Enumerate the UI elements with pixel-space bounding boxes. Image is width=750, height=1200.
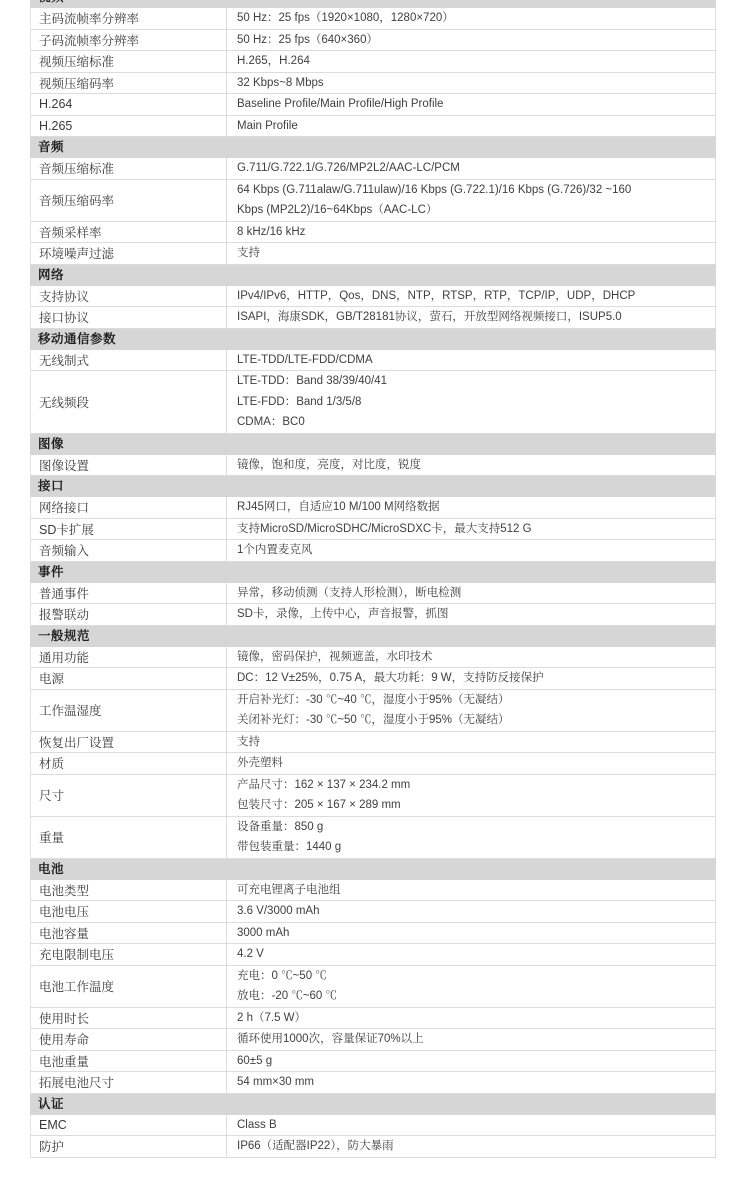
- spec-label: 电源: [31, 668, 227, 689]
- section-header-events: 事件: [30, 562, 716, 583]
- spec-value-line: 32 Kbps~8 Mbps: [237, 73, 707, 94]
- spec-value-line: 包装尺寸：205 × 167 × 289 mm: [237, 795, 707, 816]
- spec-value: 50 Hz：25 fps（640×360）: [227, 30, 715, 51]
- spec-label: 音频采样率: [31, 222, 227, 243]
- spec-value-line: 支持MicroSD/MicroSDHC/MicroSDXC卡，最大支持512 G: [237, 519, 707, 540]
- spec-label: 充电限制电压: [31, 944, 227, 965]
- spec-label: 电池容量: [31, 923, 227, 944]
- spec-value: 60±5 g: [227, 1051, 715, 1072]
- section-header-interface: 接口: [30, 476, 716, 497]
- spec-label: 电池电压: [31, 901, 227, 922]
- spec-value-line: 4.2 V: [237, 944, 707, 965]
- spec-value: ISAPI，海康SDK，GB/T28181协议，萤石，开放型网络视频接口，ISU…: [227, 307, 715, 328]
- section-title: 移动通信参数: [30, 329, 716, 350]
- spec-value-line: 充电：0 ℃~50 ℃: [237, 966, 707, 987]
- table-row: 电池类型可充电锂离子电池组: [31, 880, 715, 902]
- section-header-audio: 音频: [30, 137, 716, 158]
- section-title: 一般规范: [30, 626, 716, 647]
- section-title: 图像: [30, 434, 716, 455]
- section-title: 接口: [30, 476, 716, 497]
- spec-label: 音频压缩码率: [31, 180, 227, 221]
- table-row: 环境噪声过滤支持: [31, 243, 715, 265]
- table-row: 音频压缩标准G.711/G.722.1/G.726/MP2L2/AAC-LC/P…: [31, 158, 715, 180]
- spec-label: 材质: [31, 753, 227, 774]
- spec-value: 3000 mAh: [227, 923, 715, 944]
- spec-label: 音频压缩标准: [31, 158, 227, 179]
- spec-value: 支持: [227, 243, 715, 264]
- spec-value-line: 可充电锂离子电池组: [237, 880, 707, 901]
- spec-label: 使用寿命: [31, 1029, 227, 1050]
- spec-label: 重量: [31, 817, 227, 858]
- spec-value: 支持: [227, 732, 715, 753]
- spec-label: 尺寸: [31, 775, 227, 816]
- table-row: 通用功能镜像，密码保护，视频遮盖，水印技术: [31, 647, 715, 669]
- spec-value: H.265，H.264: [227, 51, 715, 72]
- spec-value: 54 mm×30 mm: [227, 1072, 715, 1093]
- table-row: SD卡扩展支持MicroSD/MicroSDHC/MicroSDXC卡，最大支持…: [31, 519, 715, 541]
- section-title: 认证: [30, 1094, 716, 1115]
- spec-value-line: 支持: [237, 243, 707, 264]
- spec-label: 电池类型: [31, 880, 227, 901]
- spec-value-line: 50 Hz：25 fps（640×360）: [237, 30, 707, 51]
- spec-label: 使用时长: [31, 1008, 227, 1029]
- spec-value-line: 异常，移动侦测（支持人形检测），断电检测: [237, 583, 707, 604]
- spec-value: IPv4/IPv6，HTTP，Qos，DNS，NTP，RTSP，RTP，TCP/…: [227, 286, 715, 307]
- table-row: 材质外壳塑料: [31, 753, 715, 775]
- spec-value-line: 产品尺寸：162 × 137 × 234.2 mm: [237, 775, 707, 796]
- table-row: 子码流帧率分辨率50 Hz：25 fps（640×360）: [31, 30, 715, 52]
- spec-value-line: 带包装重量：1440 g: [237, 837, 707, 858]
- spec-value-line: 54 mm×30 mm: [237, 1072, 707, 1093]
- spec-label: 工作温湿度: [31, 690, 227, 731]
- table-row: 重量设备重量：850 g带包装重量：1440 g: [31, 817, 715, 859]
- spec-label: 报警联动: [31, 604, 227, 625]
- table-row: 网络接口RJ45网口，自适应10 M/100 M网络数据: [31, 497, 715, 519]
- spec-value: 32 Kbps~8 Mbps: [227, 73, 715, 94]
- section-title: 事件: [30, 562, 716, 583]
- spec-value: G.711/G.722.1/G.726/MP2L2/AAC-LC/PCM: [227, 158, 715, 179]
- spec-value-line: LTE-TDD：Band 38/39/40/41: [237, 371, 707, 392]
- spec-label: 子码流帧率分辨率: [31, 30, 227, 51]
- spec-label: 视频压缩标准: [31, 51, 227, 72]
- spec-table: 视频主码流帧率分辨率50 Hz：25 fps（1920×1080，1280×72…: [30, 0, 716, 1158]
- spec-value-line: SD卡，录像，上传中心，声音报警，抓图: [237, 604, 707, 625]
- spec-value-line: 关闭补光灯：-30 ℃~50 ℃，湿度小于95%（无凝结）: [237, 710, 707, 731]
- spec-label: SD卡扩展: [31, 519, 227, 540]
- spec-label: 图像设置: [31, 455, 227, 476]
- table-row: 电池电压3.6 V/3000 mAh: [31, 901, 715, 923]
- section-title: 电池: [30, 859, 716, 880]
- spec-value: 64 Kbps (G.711alaw/G.711ulaw)/16 Kbps (G…: [227, 180, 715, 221]
- table-row: 使用寿命循环使用1000次，容量保证70%以上: [31, 1029, 715, 1051]
- spec-label: 支持协议: [31, 286, 227, 307]
- spec-value: RJ45网口，自适应10 M/100 M网络数据: [227, 497, 715, 518]
- spec-value: Baseline Profile/Main Profile/High Profi…: [227, 94, 715, 115]
- table-row: 普通事件异常，移动侦测（支持人形检测），断电检测: [31, 583, 715, 605]
- spec-value: 1个内置麦克风: [227, 540, 715, 561]
- spec-value: 镜像，密码保护，视频遮盖，水印技术: [227, 647, 715, 668]
- spec-value: 产品尺寸：162 × 137 × 234.2 mm包装尺寸：205 × 167 …: [227, 775, 715, 816]
- section-header-battery: 电池: [30, 859, 716, 880]
- spec-value: SD卡，录像，上传中心，声音报警，抓图: [227, 604, 715, 625]
- spec-value: 2 h（7.5 W）: [227, 1008, 715, 1029]
- spec-value-line: 60±5 g: [237, 1051, 707, 1072]
- spec-value-line: 循环使用1000次，容量保证70%以上: [237, 1029, 707, 1050]
- spec-value-line: Class B: [237, 1115, 707, 1136]
- spec-value-line: 放电：-20 ℃~60 ℃: [237, 986, 707, 1007]
- spec-value: 4.2 V: [227, 944, 715, 965]
- spec-label: 恢复出厂设置: [31, 732, 227, 753]
- spec-value-line: 50 Hz：25 fps（1920×1080，1280×720）: [237, 8, 707, 29]
- table-row: 主码流帧率分辨率50 Hz：25 fps（1920×1080，1280×720）: [31, 8, 715, 30]
- spec-label: 环境噪声过滤: [31, 243, 227, 264]
- table-row: 无线制式LTE-TDD/LTE-FDD/CDMA: [31, 350, 715, 372]
- table-row: 图像设置镜像，饱和度，亮度，对比度，锐度: [31, 455, 715, 477]
- spec-label: 无线制式: [31, 350, 227, 371]
- spec-value: 支持MicroSD/MicroSDHC/MicroSDXC卡，最大支持512 G: [227, 519, 715, 540]
- table-row: H.265Main Profile: [31, 116, 715, 138]
- spec-value: 可充电锂离子电池组: [227, 880, 715, 901]
- table-row: 音频输入1个内置麦克风: [31, 540, 715, 562]
- table-row: 电池工作温度充电：0 ℃~50 ℃放电：-20 ℃~60 ℃: [31, 966, 715, 1008]
- spec-value: 3.6 V/3000 mAh: [227, 901, 715, 922]
- section-title: 视频: [30, 0, 716, 8]
- spec-value: IP66（适配器IP22），防大暴雨: [227, 1136, 715, 1157]
- spec-value-line: CDMA：BC0: [237, 412, 707, 433]
- spec-label: 接口协议: [31, 307, 227, 328]
- spec-value: 异常，移动侦测（支持人形检测），断电检测: [227, 583, 715, 604]
- spec-value: LTE-TDD：Band 38/39/40/41LTE-FDD：Band 1/3…: [227, 371, 715, 433]
- table-row: 无线频段LTE-TDD：Band 38/39/40/41LTE-FDD：Band…: [31, 371, 715, 434]
- table-row: H.264Baseline Profile/Main Profile/High …: [31, 94, 715, 116]
- section-title: 网络: [30, 265, 716, 286]
- section-header-image: 图像: [30, 434, 716, 455]
- section-header-general-spec: 一般规范: [30, 626, 716, 647]
- table-row: 尺寸产品尺寸：162 × 137 × 234.2 mm包装尺寸：205 × 16…: [31, 775, 715, 817]
- section-header-mobile-communication: 移动通信参数: [30, 329, 716, 350]
- table-row: 恢复出厂设置支持: [31, 732, 715, 754]
- spec-value-line: 1个内置麦克风: [237, 540, 707, 561]
- table-row: 接口协议ISAPI，海康SDK，GB/T28181协议，萤石，开放型网络视频接口…: [31, 307, 715, 329]
- spec-value-line: ISAPI，海康SDK，GB/T28181协议，萤石，开放型网络视频接口，ISU…: [237, 307, 707, 328]
- table-row: 音频压缩码率64 Kbps (G.711alaw/G.711ulaw)/16 K…: [31, 180, 715, 222]
- table-row: 电池容量3000 mAh: [31, 923, 715, 945]
- section-header-certification: 认证: [30, 1094, 716, 1115]
- spec-label: 防护: [31, 1136, 227, 1157]
- spec-label: H.264: [31, 94, 227, 115]
- spec-value-line: 镜像，密码保护，视频遮盖，水印技术: [237, 647, 707, 668]
- spec-label: 无线频段: [31, 371, 227, 433]
- table-row: 支持协议IPv4/IPv6，HTTP，Qos，DNS，NTP，RTSP，RTP，…: [31, 286, 715, 308]
- spec-value-line: 2 h（7.5 W）: [237, 1008, 707, 1029]
- table-row: 充电限制电压4.2 V: [31, 944, 715, 966]
- spec-label: 拓展电池尺寸: [31, 1072, 227, 1093]
- spec-value-line: G.711/G.722.1/G.726/MP2L2/AAC-LC/PCM: [237, 158, 707, 179]
- spec-label: 主码流帧率分辨率: [31, 8, 227, 29]
- spec-value-line: IPv4/IPv6，HTTP，Qos，DNS，NTP，RTSP，RTP，TCP/…: [237, 286, 707, 307]
- table-row: 工作温湿度开启补光灯：-30 ℃~40 ℃，湿度小于95%（无凝结）关闭补光灯：…: [31, 690, 715, 732]
- spec-value-line: 支持: [237, 732, 707, 753]
- spec-label: 电池重量: [31, 1051, 227, 1072]
- spec-value-line: 3.6 V/3000 mAh: [237, 901, 707, 922]
- spec-label: 视频压缩码率: [31, 73, 227, 94]
- spec-value-line: DC：12 V±25%，0.75 A，最大功耗：9 W，支持防反接保护: [237, 668, 707, 689]
- spec-value: 50 Hz：25 fps（1920×1080，1280×720）: [227, 8, 715, 29]
- spec-value-line: 开启补光灯：-30 ℃~40 ℃，湿度小于95%（无凝结）: [237, 690, 707, 711]
- spec-label: 网络接口: [31, 497, 227, 518]
- table-row: 视频压缩码率32 Kbps~8 Mbps: [31, 73, 715, 95]
- spec-value-line: 64 Kbps (G.711alaw/G.711ulaw)/16 Kbps (G…: [237, 180, 707, 201]
- spec-value: Main Profile: [227, 116, 715, 137]
- spec-label: 通用功能: [31, 647, 227, 668]
- table-row: 防护IP66（适配器IP22），防大暴雨: [31, 1136, 715, 1158]
- table-row: 视频压缩标准H.265，H.264: [31, 51, 715, 73]
- spec-value: 8 kHz/16 kHz: [227, 222, 715, 243]
- spec-label: 电池工作温度: [31, 966, 227, 1007]
- spec-label: 普通事件: [31, 583, 227, 604]
- spec-value-line: H.265，H.264: [237, 51, 707, 72]
- spec-value: 设备重量：850 g带包装重量：1440 g: [227, 817, 715, 858]
- spec-value-line: 镜像，饱和度，亮度，对比度，锐度: [237, 455, 707, 476]
- spec-value: DC：12 V±25%，0.75 A，最大功耗：9 W，支持防反接保护: [227, 668, 715, 689]
- spec-value: Class B: [227, 1115, 715, 1136]
- table-row: EMCClass B: [31, 1115, 715, 1137]
- spec-value-line: Kbps (MP2L2)/16~64Kbps（AAC-LC）: [237, 200, 707, 221]
- spec-value-line: IP66（适配器IP22），防大暴雨: [237, 1136, 707, 1157]
- spec-value-line: 8 kHz/16 kHz: [237, 222, 707, 243]
- spec-value: LTE-TDD/LTE-FDD/CDMA: [227, 350, 715, 371]
- spec-value-line: RJ45网口，自适应10 M/100 M网络数据: [237, 497, 707, 518]
- spec-label: EMC: [31, 1115, 227, 1136]
- spec-value: 循环使用1000次，容量保证70%以上: [227, 1029, 715, 1050]
- table-row: 音频采样率8 kHz/16 kHz: [31, 222, 715, 244]
- spec-value: 外壳塑料: [227, 753, 715, 774]
- table-row: 报警联动SD卡，录像，上传中心，声音报警，抓图: [31, 604, 715, 626]
- spec-value-line: 3000 mAh: [237, 923, 707, 944]
- table-row: 拓展电池尺寸54 mm×30 mm: [31, 1072, 715, 1094]
- spec-value-line: Baseline Profile/Main Profile/High Profi…: [237, 94, 707, 115]
- table-row: 电池重量60±5 g: [31, 1051, 715, 1073]
- spec-value-line: Main Profile: [237, 116, 707, 137]
- spec-value: 镜像，饱和度，亮度，对比度，锐度: [227, 455, 715, 476]
- table-row: 电源DC：12 V±25%，0.75 A，最大功耗：9 W，支持防反接保护: [31, 668, 715, 690]
- spec-value-line: LTE-FDD：Band 1/3/5/8: [237, 392, 707, 413]
- spec-value: 开启补光灯：-30 ℃~40 ℃，湿度小于95%（无凝结）关闭补光灯：-30 ℃…: [227, 690, 715, 731]
- table-row: 使用时长2 h（7.5 W）: [31, 1008, 715, 1030]
- spec-value-line: 设备重量：850 g: [237, 817, 707, 838]
- spec-value-line: LTE-TDD/LTE-FDD/CDMA: [237, 350, 707, 371]
- spec-label: 音频输入: [31, 540, 227, 561]
- spec-value-line: 外壳塑料: [237, 753, 707, 774]
- spec-value: 充电：0 ℃~50 ℃放电：-20 ℃~60 ℃: [227, 966, 715, 1007]
- section-header-network: 网络: [30, 265, 716, 286]
- section-header-video: 视频: [30, 0, 716, 8]
- section-title: 音频: [30, 137, 716, 158]
- spec-label: H.265: [31, 116, 227, 137]
